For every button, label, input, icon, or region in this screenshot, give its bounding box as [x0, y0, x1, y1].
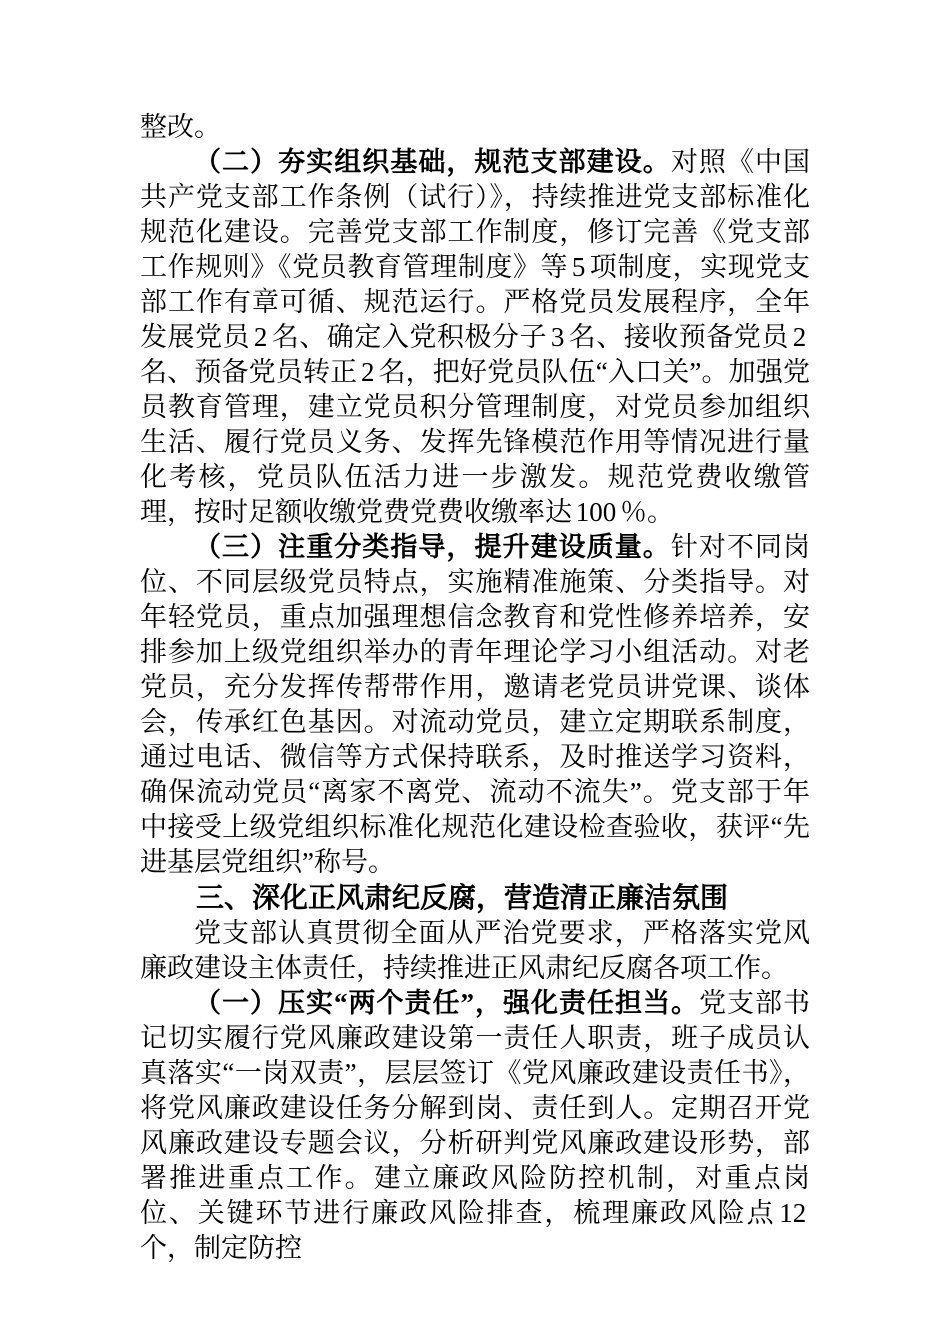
heading-text: 三、深化正风肃纪反腐，营造清正廉洁氛围 [196, 882, 728, 913]
numeric-text: 2 [250, 322, 271, 352]
paragraph: （三）注重分类指导，提升建设质量。针对不同岗位、不同层级党员特点，实施精准施策、… [140, 530, 810, 880]
paragraph-lead: （一）压实“两个责任”，强化责任担当。 [194, 988, 699, 1018]
text-run: 党支部认真贯彻全面从严治党要求，严格落实党风廉政建设主体责任，持续推进正风肃纪反… [140, 918, 810, 983]
text-run: 针对不同岗位、不同层级党员特点，实施精准施策、分类指导。对年轻党员，重点加强理想… [140, 532, 810, 877]
paragraph-lead: （三）注重分类指导，提升建设质量。 [194, 532, 671, 562]
numeric-text: 3 [547, 322, 568, 352]
paragraph-lead: （二）夯实组织基础，规范支部建设。 [194, 147, 671, 177]
text-run: 对照《中国共产党支部工作条例（试行）》，持续推进党支部标准化规范化建设。完善党支… [140, 147, 810, 527]
text-run: 整改。 [140, 112, 221, 142]
numeric-text: 100 [572, 497, 620, 527]
section-heading: 三、深化正风肃纪反腐，营造清正廉洁氛围 [140, 880, 810, 916]
numeric-text: 12 [775, 1198, 810, 1228]
paragraph: 党支部认真贯彻全面从严治党要求，严格落实党风廉政建设主体责任，持续推进正风肃纪反… [140, 916, 810, 986]
document-text: 整改。（二）夯实组织基础，规范支部建设。对照《中国共产党支部工作条例（试行）》，… [140, 110, 810, 1266]
document-page: 整改。（二）夯实组织基础，规范支部建设。对照《中国共产党支部工作条例（试行）》，… [0, 0, 950, 1344]
text-run: 党支部书记切实履行党风廉政建设第一责任人职责，班子成员认真落实“一岗双责”，层层… [140, 988, 810, 1263]
numeric-text: 2 [357, 357, 378, 387]
numeric-text: 5 [568, 252, 589, 282]
numeric-text: 2 [789, 322, 810, 352]
paragraph: （二）夯实组织基础，规范支部建设。对照《中国共产党支部工作条例（试行）》，持续推… [140, 145, 810, 530]
paragraph: 整改。 [140, 110, 810, 145]
paragraph: （一）压实“两个责任”，强化责任担当。党支部书记切实履行党风廉政建设第一责任人职… [140, 986, 810, 1266]
